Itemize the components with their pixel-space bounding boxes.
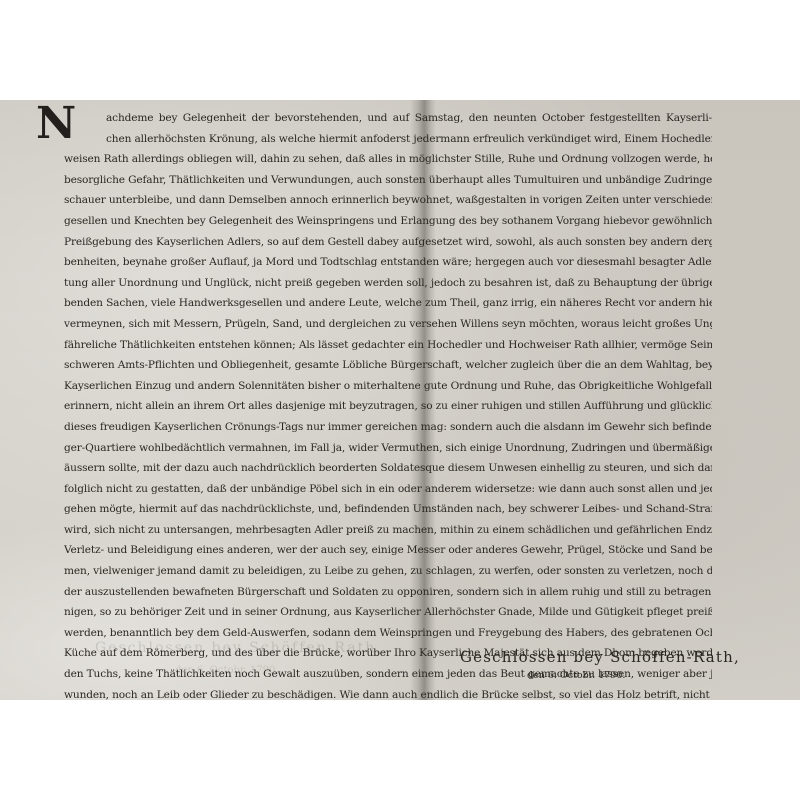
text-line: men, vielweniger jemand damit zu beleidi… [64,561,712,582]
text-line: besorgliche Gefahr, Thätlichkeiten und V… [64,170,712,191]
text-line: werden, benanntlich bey dem Geld-Auswerf… [64,623,712,644]
signature-line: Geschlossen bey Schöffen-Rath, [460,648,740,666]
text-line: vermeynen, sich mit Messern, Prügeln, Sa… [64,314,712,335]
text-line: dieses freudigen Kayserlichen Crönungs-T… [64,417,712,438]
text-line: erinnern, nicht allein an ihrem Ort alle… [64,396,712,417]
text-line: chen allerhöchsten Krönung, als welche h… [64,129,712,150]
text-line: folglich nicht zu gestatten, daß der unb… [64,479,712,500]
text-line: äussern sollte, mit der dazu auch nachdr… [64,458,712,479]
text-line: benheiten, beynahe großer Auflauf, ja Mo… [64,252,712,273]
text-line: wird, sich nicht zu untersangen, mehrbes… [64,520,712,541]
text-line: weisen Rath allerdings obliegen will, da… [64,149,712,170]
text-line: schweren Amts-Pflichten und Obliegenheit… [64,355,712,376]
text-line: schauer unterbleibe, und dann Demselben … [64,190,712,211]
text-line: nigen, so zu behöriger Zeit und in seine… [64,602,712,623]
document-photo: Geschlossen bey Schöffen-Rath, den 6. Oc… [0,100,800,700]
text-line: Kayserlichen Einzug und andern Solennitä… [64,376,712,397]
text-line: gesellen und Knechten bey Gelegenheit de… [64,211,712,232]
proclamation-text: achdeme bey Gelegenheit der bevorstehend… [64,108,712,700]
text-line: tung aller Unordnung und Unglück, nicht … [64,273,712,294]
text-line: fähreliche Thätlichkeiten entstehen könn… [64,335,712,356]
text-line: der auszustellenden bewafneten Bürgersch… [64,582,712,603]
text-line: achdeme bey Gelegenheit der bevorstehend… [64,108,712,129]
text-line: wunden, noch an Leib oder Glieder zu bes… [64,685,712,700]
text-line: gehen mögte, hiermit auf das nachdrückli… [64,499,712,520]
text-line: Verletz- und Beleidigung eines anderen, … [64,540,712,561]
text-line: benden Sachen, viele Handwerksgesellen u… [64,293,712,314]
text-line: ger-Quartiere wohlbedächtlich vermahnen,… [64,438,712,459]
text-line: Preißgebung des Kayserlichen Adlers, so … [64,232,712,253]
date-line: den 6. Octobr. 1790. [527,670,625,681]
